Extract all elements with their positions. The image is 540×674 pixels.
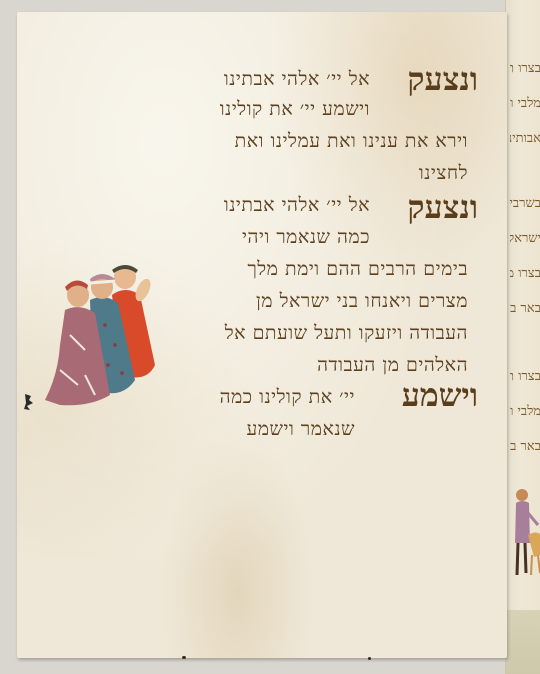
adjacent-text-line: באר בנו (510, 300, 540, 314)
adjacent-text-line: אבותינו (510, 130, 540, 144)
text-line: שנאמר וישמע (247, 418, 355, 446)
adjacent-text-line: ישראלים (510, 230, 540, 244)
text-line: אל יי׳ אלהי אבתינו (224, 68, 370, 96)
kneeling-figures-illustration (30, 255, 175, 415)
ink-speck (182, 656, 186, 659)
text-line: וירא את ענינו ואת עמלינו ואת (235, 130, 468, 158)
text-line: מצרים ויאנחו בני ישראל מן (256, 290, 468, 318)
text-line: העבודה ויזעקו ותעל שועתם אל (225, 322, 468, 350)
adjacent-text-line: באר בנו (510, 438, 540, 452)
adjacent-text-line: מלבי ומ (510, 95, 540, 109)
ink-speck (368, 657, 371, 660)
adjacent-text-line: מלבי ומ (510, 403, 540, 417)
text-line: יי׳ את קולינו כמה (220, 386, 355, 414)
figure-with-animal-illustration (512, 485, 540, 595)
text-line: בימים הרבים ההם וימת מלך (247, 258, 468, 286)
initial-word: וישמע (402, 376, 478, 414)
adjacent-text-line: בצרו מו (510, 265, 540, 279)
text-line: וישמע יי׳ את קולינו (220, 98, 370, 126)
initial-word: ונצעק (407, 188, 478, 226)
adjacent-text-line: בצרו תו (510, 368, 540, 382)
initial-word: ונצעק (407, 60, 478, 98)
adjacent-text-line: בשרבינו (510, 195, 540, 209)
illustration-ground (506, 610, 540, 674)
adjacent-text-line: בצרו תו (510, 60, 540, 74)
adjacent-page: בצרו תו מלבי ומ אבותינו בשרבינו ישראלים … (505, 0, 540, 674)
text-line: כמה שנאמר ויהי (242, 226, 370, 254)
ink-mark (22, 392, 36, 412)
text-line: לחצינו (419, 162, 468, 190)
text-line: אל יי׳ אלהי אבתינו (224, 194, 370, 222)
